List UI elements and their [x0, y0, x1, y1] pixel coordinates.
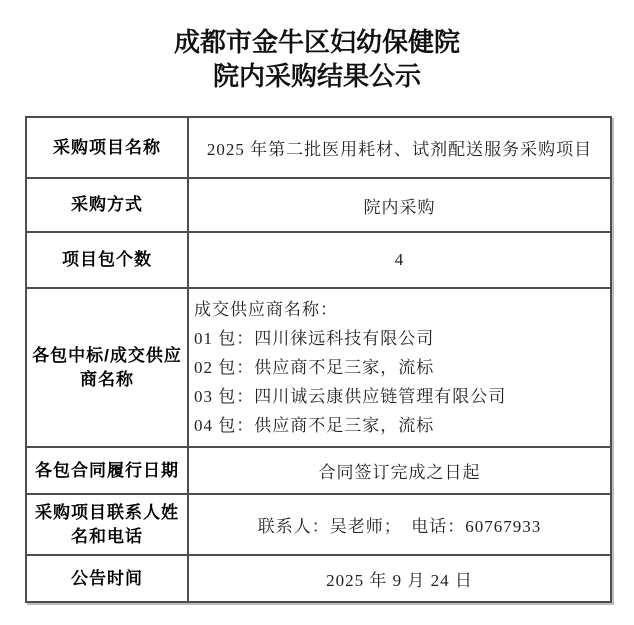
row-label-procurement-method: 采购方式	[26, 178, 188, 232]
page-title: 成都市金牛区妇幼保健院 院内采购结果公示	[0, 26, 634, 94]
supplier-package-4: 04 包：供应商不足三家，流标	[194, 411, 602, 440]
row-label-winning-suppliers: 各包中标/成交供应商名称	[26, 288, 188, 447]
supplier-package-2: 02 包：供应商不足三家，流标	[194, 353, 602, 382]
row-label-contact: 采购项目联系人姓名和电话	[26, 494, 188, 555]
table-row: 各包合同履行日期 合同签订完成之日起	[26, 447, 611, 494]
row-label-package-count: 项目包个数	[26, 232, 188, 288]
row-label-contract-date: 各包合同履行日期	[26, 447, 188, 494]
row-value-procurement-method: 院内采购	[188, 178, 611, 232]
supplier-package-3: 03 包：四川诚云康供应链管理有限公司	[194, 382, 602, 411]
supplier-list-heading: 成交供应商名称：	[194, 295, 602, 324]
table-row: 公告时间 2025 年 9 月 24 日	[26, 555, 611, 602]
row-label-announcement-time: 公告时间	[26, 555, 188, 602]
page-title-line2: 院内采购结果公示	[0, 60, 634, 94]
row-label-project-name: 采购项目名称	[26, 117, 188, 178]
page-title-line1: 成都市金牛区妇幼保健院	[0, 26, 634, 60]
row-value-package-count: 4	[188, 232, 611, 288]
table-row: 采购方式 院内采购	[26, 178, 611, 232]
row-value-contact: 联系人：吴老师； 电话：60767933	[188, 494, 611, 555]
table-row: 项目包个数 4	[26, 232, 611, 288]
row-value-contract-date: 合同签订完成之日起	[188, 447, 611, 494]
table-row: 各包中标/成交供应商名称 成交供应商名称： 01 包：四川徕远科技有限公司 02…	[26, 288, 611, 447]
supplier-package-1: 01 包：四川徕远科技有限公司	[194, 324, 602, 353]
row-value-winning-suppliers: 成交供应商名称： 01 包：四川徕远科技有限公司 02 包：供应商不足三家，流标…	[188, 288, 611, 447]
procurement-result-table: 采购项目名称 2025 年第二批医用耗材、试剂配送服务采购项目 采购方式 院内采…	[25, 116, 612, 603]
row-value-announcement-time: 2025 年 9 月 24 日	[188, 555, 611, 602]
table-row: 采购项目名称 2025 年第二批医用耗材、试剂配送服务采购项目	[26, 117, 611, 178]
table-row: 采购项目联系人姓名和电话 联系人：吴老师； 电话：60767933	[26, 494, 611, 555]
row-value-project-name: 2025 年第二批医用耗材、试剂配送服务采购项目	[188, 117, 611, 178]
